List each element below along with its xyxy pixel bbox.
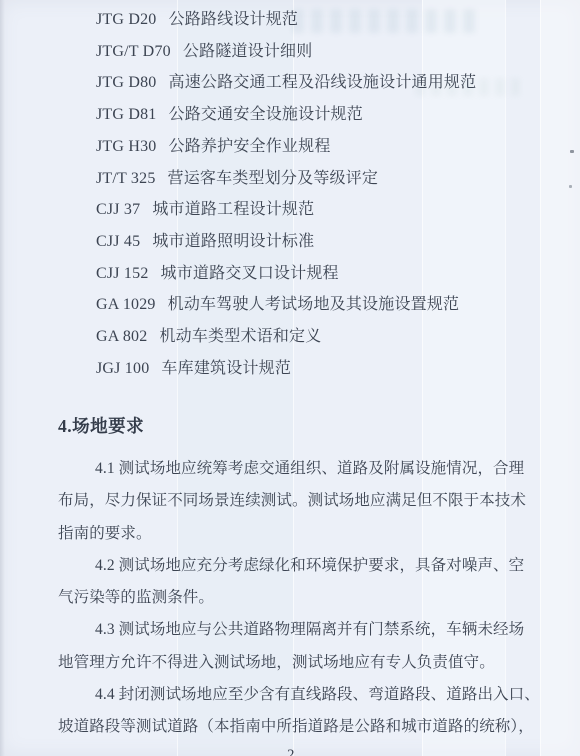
- paragraph-line: 气污染等的监测条件。: [58, 582, 530, 614]
- standard-item: JTG D20公路路线设计规范: [96, 4, 476, 36]
- standard-title: 机动车类型术语和定义: [159, 328, 321, 345]
- standard-code: JTG H30: [96, 138, 157, 155]
- standard-code: JTG/T D70: [96, 43, 171, 60]
- standard-code: GA 1029: [96, 296, 156, 313]
- standard-code: JTG D80: [96, 74, 157, 91]
- standard-title: 公路养护安全作业规程: [169, 138, 331, 155]
- standard-code: JT/T 325: [96, 170, 156, 187]
- paragraph-line: 4.3 测试场地应与公共道路物理隔离并有门禁系统，车辆未经场: [58, 614, 530, 646]
- standard-title: 公路隧道设计细则: [183, 43, 313, 60]
- scan-band-line: [540, 0, 541, 756]
- standard-item: JTG/T D70公路隧道设计细则: [96, 36, 476, 68]
- section-heading: 4.场地要求: [58, 413, 144, 438]
- standard-item: JTG D80高速公路交通工程及沿线设施设计通用规范: [96, 67, 476, 99]
- scan-speck: [569, 185, 572, 188]
- standard-title: 营运客车类型划分及等级评定: [168, 170, 379, 187]
- standard-item: CJJ 152城市道路交叉口设计规程: [96, 258, 476, 290]
- scanned-document-page: JTG D20公路路线设计规范JTG/T D70公路隧道设计细则JTG D80高…: [0, 0, 580, 756]
- standards-list: JTG D20公路路线设计规范JTG/T D70公路隧道设计细则JTG D80高…: [96, 4, 476, 384]
- standard-item: JTG H30公路养护安全作业规程: [96, 131, 476, 163]
- standard-code: JTG D81: [96, 106, 157, 123]
- paragraph-line: 地管理方允许不得进入测试场地，测试场地应有专人负责值守。: [58, 647, 530, 679]
- standard-title: 城市道路照明设计标准: [152, 233, 314, 250]
- standard-item: CJJ 37城市道路工程设计规范: [96, 194, 476, 226]
- standard-item: JTG D81公路交通安全设施设计规范: [96, 99, 476, 131]
- standard-item: GA 1029机动车驾驶人考试场地及其设施设置规范: [96, 289, 476, 321]
- standard-item: JGJ 100车库建筑设计规范: [96, 353, 476, 385]
- paragraph-line: 指南的要求。: [58, 518, 530, 550]
- scan-speck: [570, 150, 574, 153]
- standard-code: CJJ 37: [96, 201, 140, 218]
- standard-title: 机动车驾驶人考试场地及其设施设置规范: [168, 296, 460, 313]
- standard-item: CJJ 45城市道路照明设计标准: [96, 226, 476, 258]
- standard-title: 城市道路工程设计规范: [152, 201, 314, 218]
- paragraph-line: 坡道路段等测试道路（本指南中所指道路是公路和城市道路的统称），: [58, 711, 530, 743]
- standard-title: 城市道路交叉口设计规程: [161, 265, 339, 282]
- standard-title: 公路交通安全设施设计规范: [169, 106, 363, 123]
- page-number: 2: [287, 747, 295, 756]
- paragraph-line: 4.4 封闭测试场地应至少含有直线路段、弯道路段、道路出入口、: [58, 679, 530, 711]
- standard-code: GA 802: [96, 328, 147, 345]
- paragraph-line: 4.2 测试场地应充分考虑绿化和环境保护要求，具备对噪声、空: [58, 550, 530, 582]
- standard-title: 车库建筑设计规范: [161, 360, 291, 377]
- standard-title: 高速公路交通工程及沿线设施设计通用规范: [169, 74, 477, 91]
- standard-item: JT/T 325营运客车类型划分及等级评定: [96, 163, 476, 195]
- standard-code: CJJ 45: [96, 233, 140, 250]
- section-body: 4.1 测试场地应统筹考虑交通组织、道路及附属设施情况，合理布局，尽力保证不同场…: [58, 453, 530, 744]
- standard-code: CJJ 152: [96, 265, 149, 282]
- paragraph-line: 布局，尽力保证不同场景连续测试。测试场地应满足但不限于本技术: [58, 485, 530, 517]
- standard-code: JTG D20: [96, 11, 157, 28]
- page-edge-shadow: [0, 0, 5, 756]
- standard-code: JGJ 100: [96, 360, 149, 377]
- paragraph-line: 4.1 测试场地应统筹考虑交通组织、道路及附属设施情况，合理: [58, 453, 530, 485]
- standard-item: GA 802机动车类型术语和定义: [96, 321, 476, 353]
- scan-band: [540, 0, 580, 756]
- standard-title: 公路路线设计规范: [169, 11, 299, 28]
